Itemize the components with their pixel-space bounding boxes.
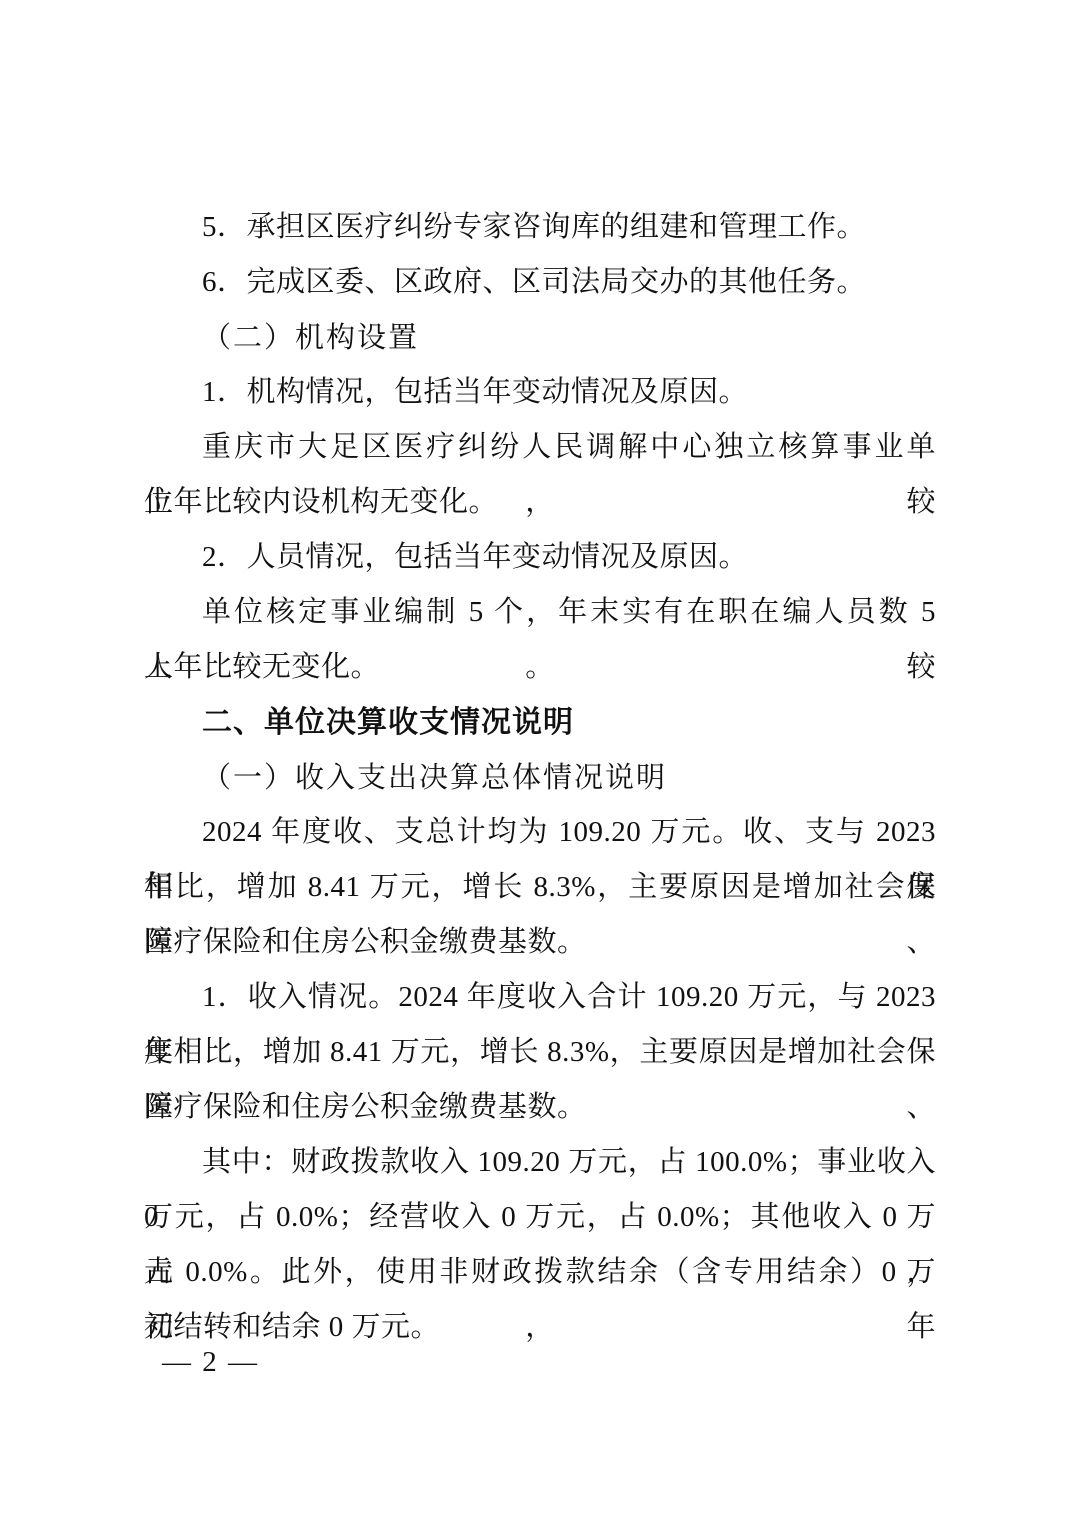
text-line: 二、单位决算收支情况说明 [144,695,936,750]
text-line: 占 0.0%。此外，使用非财政拨款结余（含专用结余）0 万元，年 [144,1245,936,1300]
page-number: — 2 — [162,1340,259,1385]
text-line: 相比，增加 8.41 万元，增长 8.3%，主要原因是增加社会保障、 [144,860,936,915]
text-line: 重庆市大足区医疗纠纷人民调解中心独立核算事业单位，较 [144,420,936,475]
text-line: 度相比，增加 8.41 万元，增长 8.3%，主要原因是增加社会保障、 [144,1025,936,1080]
text-line: （一）收入支出决算总体情况说明 [144,750,936,805]
text-line: 2．人员情况，包括当年变动情况及原因。 [144,530,936,585]
text-line: 单位核定事业编制 5 个，年末实有在职在编人员数 5 人。较 [144,585,936,640]
text-line: 万元，占 0.0%；经营收入 0 万元，占 0.0%；其他收入 0 万元， [144,1190,936,1245]
text-line: 6．完成区委、区政府、区司法局交办的其他任务。 [144,255,936,310]
document-page: 5．承担区医疗纠纷专家咨询库的组建和管理工作。6．完成区委、区政府、区司法局交办… [0,0,1075,1520]
text-line: 2024 年度收、支总计均为 109.20 万元。收、支与 2023 年度 [144,805,936,860]
text-line: 5．承担区医疗纠纷专家咨询库的组建和管理工作。 [144,200,936,255]
text-line: 1．收入情况。2024 年度收入合计 109.20 万元，与 2023 年 [144,970,936,1025]
document-body: 5．承担区医疗纠纷专家咨询库的组建和管理工作。6．完成区委、区政府、区司法局交办… [144,200,936,1355]
text-line: 其中：财政拨款收入 109.20 万元，占 100.0%；事业收入 0 [144,1135,936,1190]
text-line: 1．机构情况，包括当年变动情况及原因。 [144,365,936,420]
text-line: （二）机构设置 [144,310,936,365]
